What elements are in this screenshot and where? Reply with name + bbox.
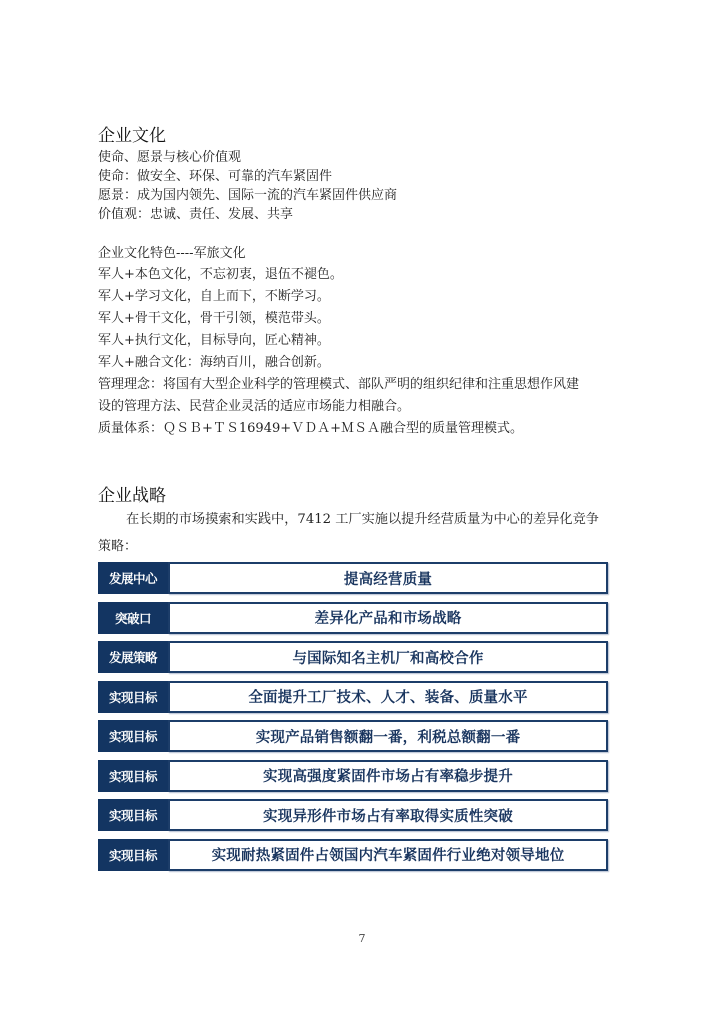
strategy-row-tag: 突破口 [98, 602, 168, 634]
management-philosophy-line: 设的管理方法、民营企业灵活的适应市场能力相融合。 [98, 397, 410, 417]
strategy-row-tag: 实现目标 [98, 760, 168, 792]
strategy-row: 发展中心 提高经营质量 [98, 562, 608, 594]
strategy-row: 实现目标 实现异形件市场占有率取得实质性突破 [98, 799, 608, 831]
strategy-row-tag: 实现目标 [98, 681, 168, 713]
strategy-row: 实现目标 实现产品销售额翻一番，利税总额翻一番 [98, 720, 608, 752]
culture-feature-item: 军人+融合文化：海纳百川，融合创新。 [98, 353, 330, 373]
strategy-row-tag: 实现目标 [98, 720, 168, 752]
vision-line: 愿景：成为国内领先、国际一流的汽车紧固件供应商 [98, 186, 397, 206]
strategy-row-tag: 实现目标 [98, 799, 168, 831]
culture-feature-item: 军人+本色文化，不忘初衷，退伍不褪色。 [98, 265, 343, 285]
management-philosophy-line: 管理理念：将国有大型企业科学的管理模式、部队严明的组织纪律和注重思想作风建 [98, 375, 579, 395]
strategy-row: 实现目标 实现耐热紧固件占领国内汽车紧固件行业绝对领导地位 [98, 839, 608, 871]
strategy-row-text: 提高经营质量 [168, 562, 608, 594]
strategy-row-tag: 发展中心 [98, 562, 168, 594]
strategy-intro-line: 策略： [98, 537, 137, 557]
strategy-row-text: 实现高强度紧固件市场占有率稳步提升 [168, 760, 608, 792]
culture-feature-item: 军人+执行文化，目标导向，匠心精神。 [98, 331, 330, 351]
strategy-row: 突破口 差异化产品和市场战略 [98, 602, 608, 634]
strategy-row: 发展策略 与国际知名主机厂和高校合作 [98, 641, 608, 673]
culture-feature-item: 军人+骨干文化，骨干引领，模范带头。 [98, 309, 330, 329]
page-number: 7 [0, 932, 724, 945]
culture-heading: 企业文化 [98, 121, 166, 146]
strategy-intro-line: 在长期的市场摸索和实践中，7412 工厂实施以提升经营质量为中心的差异化竞争 [126, 510, 599, 530]
quality-system-line: 质量体系：ＱＳＢ+ＴＳ16949+ＶＤＡ+ＭＳＡ融合型的质量管理模式。 [98, 419, 523, 439]
strategy-row-text: 实现耐热紧固件占领国内汽车紧固件行业绝对领导地位 [168, 839, 608, 871]
strategy-heading: 企业战略 [98, 481, 166, 506]
culture-feature-title: 企业文化特色----军旅文化 [98, 244, 246, 264]
culture-line: 使命、愿景与核心价值观 [98, 148, 241, 168]
strategy-row-text: 与国际知名主机厂和高校合作 [168, 641, 608, 673]
strategy-row-text: 实现异形件市场占有率取得实质性突破 [168, 799, 608, 831]
strategy-row: 实现目标 全面提升工厂技术、人才、装备、质量水平 [98, 681, 608, 713]
strategy-row-tag: 发展策略 [98, 641, 168, 673]
strategy-diagram: 发展中心 提高经营质量 突破口 差异化产品和市场战略 发展策略 与国际知名主机厂… [98, 562, 608, 878]
document-page: 企业文化 使命、愿景与核心价值观 使命：做安全、环保、可靠的汽车紧固件 愿景：成… [0, 0, 724, 1024]
values-line: 价值观：忠诚、责任、发展、共享 [98, 205, 293, 225]
strategy-row-text: 实现产品销售额翻一番，利税总额翻一番 [168, 720, 608, 752]
mission-line: 使命：做安全、环保、可靠的汽车紧固件 [98, 167, 332, 187]
strategy-row: 实现目标 实现高强度紧固件市场占有率稳步提升 [98, 760, 608, 792]
strategy-row-tag: 实现目标 [98, 839, 168, 871]
strategy-row-text: 全面提升工厂技术、人才、装备、质量水平 [168, 681, 608, 713]
strategy-row-text: 差异化产品和市场战略 [168, 602, 608, 634]
culture-feature-item: 军人+学习文化，自上而下，不断学习。 [98, 287, 330, 307]
